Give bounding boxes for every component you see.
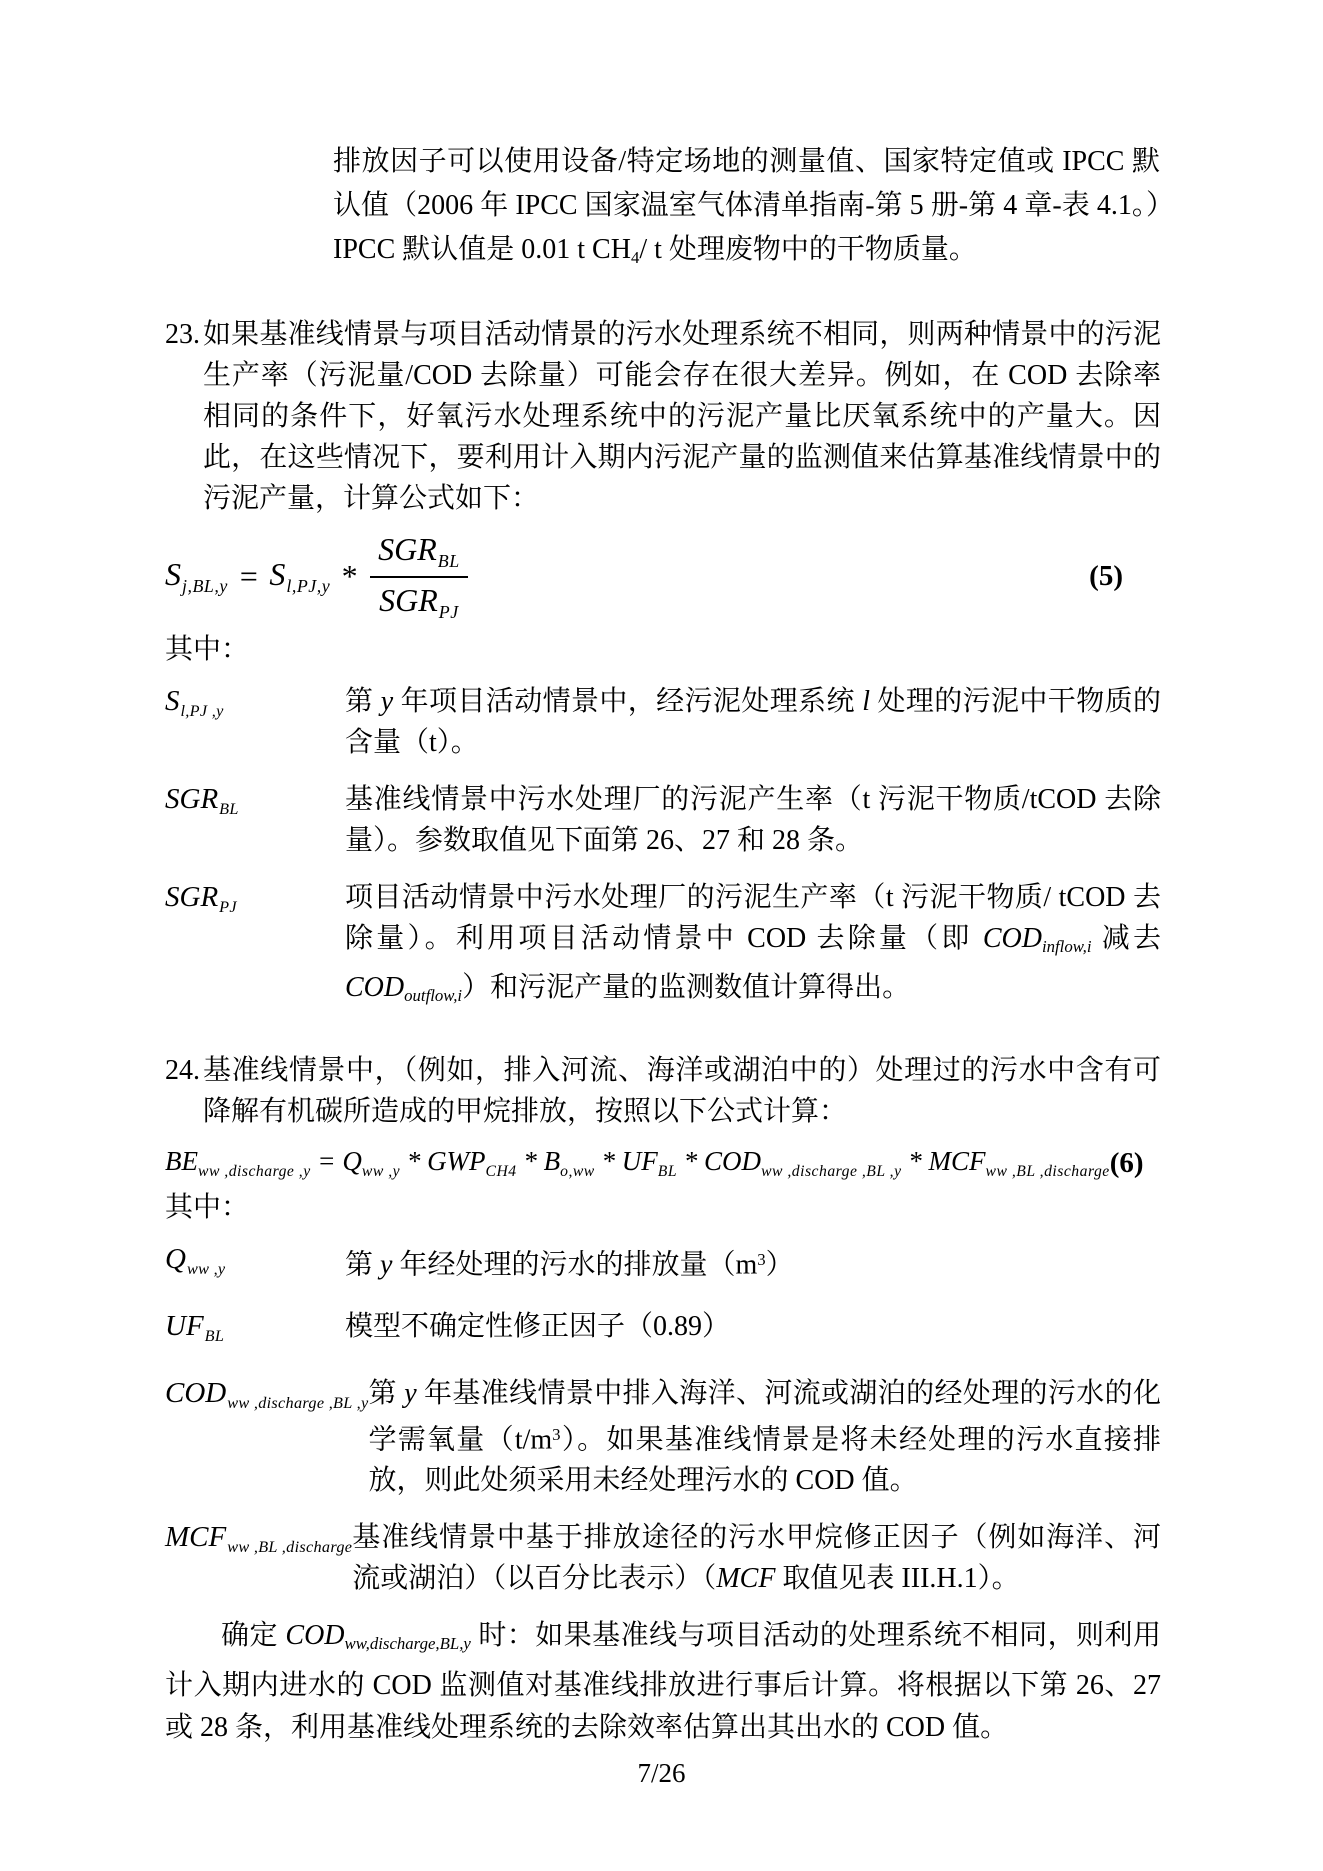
where-label-2: 其中：	[165, 1193, 1161, 1223]
definition-row-cod-discharge: CODww ,discharge ,BL ,y 第 y 年基准线情景中排入海洋、…	[165, 1373, 1161, 1501]
denominator-subscript: PJ	[439, 602, 459, 622]
term-subscript: l,PJ ,y	[181, 702, 224, 720]
definition-text: 项目活动情景中污水处理厂的污泥生产率（t 污泥干物质/ tCOD 去除量）。利用…	[345, 877, 1161, 1016]
definition-row-mcf-discharge: MCFww ,BL ,discharge 基准线情景中基于排放途径的污水甲烷修正…	[165, 1517, 1161, 1599]
formula-5-lhs-base: S	[165, 556, 181, 592]
definition-term: MCFww ,BL ,discharge	[165, 1517, 352, 1599]
numerator-subscript: BL	[438, 551, 460, 571]
definition-term: SGRPJ	[165, 877, 345, 1016]
fraction-numerator: SGRBL	[370, 531, 468, 578]
formula-5-lhs-subscript: j,BL,y	[182, 576, 228, 596]
term-base: MCF	[165, 1521, 226, 1553]
intro-paragraph: 排放因子可以使用设备/特定场地的测量值、国家特定值或 IPCC 默认值（2006…	[333, 140, 1160, 280]
definition-term: CODww ,discharge ,BL ,y	[165, 1373, 369, 1501]
formula-6: BEww ,discharge ,y = Qww ,y * GWPCH4 * B…	[165, 1146, 1161, 1181]
term-base: Q	[165, 1243, 186, 1275]
where-label-1: 其中：	[165, 635, 1161, 665]
definition-row-uf-bl: UFBL 模型不确定性修正因子（0.89）	[165, 1306, 1161, 1357]
definition-row-sgr-pj: SGRPJ 项目活动情景中污水处理厂的污泥生产率（t 污泥干物质/ tCOD 去…	[165, 877, 1161, 1016]
denominator-base: SGR	[379, 582, 438, 618]
definition-text: 基准线情景中基于排放途径的污水甲烷修正因子（例如海洋、河流或湖泊）（以百分比表示…	[352, 1517, 1161, 1599]
formula-5-rhs-subscript: l,PJ,y	[286, 576, 330, 596]
term-base: SGR	[165, 783, 218, 815]
closing-paragraph: 确定 CODww,discharge,BL,y 时：如果基准线与项目活动的处理系…	[165, 1615, 1161, 1749]
term-base: S	[165, 685, 180, 717]
formula-5-rhs: Sl,PJ,y	[269, 556, 330, 597]
formula-5-equation-number: (5)	[1089, 560, 1123, 593]
page-content: 排放因子可以使用设备/特定场地的测量值、国家特定值或 IPCC 默认值（2006…	[165, 140, 1161, 1749]
definition-text: 第 y 年基准线情景中排入海洋、河流或湖泊的经处理的污水的化学需氧量（t/m3）…	[369, 1373, 1161, 1501]
term-base: UF	[165, 1310, 204, 1342]
definition-text: 模型不确定性修正因子（0.89）	[345, 1306, 1161, 1357]
term-subscript: BL	[219, 800, 239, 818]
term-subscript: BL	[205, 1327, 225, 1345]
definition-term: UFBL	[165, 1306, 345, 1357]
term-base: COD	[165, 1377, 226, 1409]
multiply-sign: *	[340, 558, 356, 595]
document-page: 排放因子可以使用设备/特定场地的测量值、国家特定值或 IPCC 默认值（2006…	[0, 0, 1323, 1871]
definition-row-q-wwy: Qww ,y 第 y 年经处理的污水的排放量（m3）	[165, 1239, 1161, 1290]
formula-5: Sj,BL,y = Sl,PJ,y * SGRBL SGRPJ (5)	[165, 531, 1161, 623]
item-23-number: 23.	[165, 314, 203, 519]
definition-term: Sl,PJ ,y	[165, 681, 345, 763]
definition-row-sgr-bl: SGRBL 基准线情景中污水处理厂的污泥产生率（t 污泥干物质/tCOD 去除量…	[165, 779, 1161, 861]
formula-6-expression: BEww ,discharge ,y = Qww ,y * GWPCH4 * B…	[165, 1146, 1110, 1181]
term-subscript: ww ,discharge ,BL ,y	[227, 1394, 368, 1412]
formula-6-equation-number: (6)	[1110, 1147, 1144, 1180]
term-subscript: PJ	[219, 898, 237, 916]
item-24-number: 24.	[165, 1050, 203, 1132]
item-24-text: 基准线情景中，（例如，排入河流、海洋或湖泊中的）处理过的污水中含有可降解有机碳所…	[203, 1050, 1161, 1132]
term-base: SGR	[165, 881, 218, 913]
term-subscript: ww ,y	[187, 1260, 225, 1278]
definition-row-s-lpjy: Sl,PJ ,y 第 y 年项目活动情景中，经污泥处理系统 l 处理的污泥中干物…	[165, 681, 1161, 763]
definition-text: 第 y 年项目活动情景中，经污泥处理系统 l 处理的污泥中干物质的含量（t）。	[345, 681, 1161, 763]
definition-text: 基准线情景中污水处理厂的污泥产生率（t 污泥干物质/tCOD 去除量）。参数取值…	[345, 779, 1161, 861]
definition-term: SGRBL	[165, 779, 345, 861]
definition-text: 第 y 年经处理的污水的排放量（m3）	[345, 1239, 1161, 1290]
page-number: 7/26	[0, 1758, 1323, 1789]
item-23-text: 如果基准线情景与项目活动情景的污水处理系统不相同，则两种情景中的污泥生产率（污泥…	[203, 314, 1161, 519]
formula-5-rhs-base: S	[269, 556, 285, 592]
term-subscript: ww ,BL ,discharge	[227, 1538, 352, 1556]
numbered-item-24: 24. 基准线情景中，（例如，排入河流、海洋或湖泊中的）处理过的污水中含有可降解…	[165, 1050, 1161, 1132]
equals-sign: =	[238, 558, 260, 595]
fraction-denominator: SGRPJ	[379, 578, 459, 623]
formula-5-lhs: Sj,BL,y	[165, 556, 228, 597]
numbered-item-23: 23. 如果基准线情景与项目活动情景的污水处理系统不相同，则两种情景中的污泥生产…	[165, 314, 1161, 519]
definition-term: Qww ,y	[165, 1239, 345, 1290]
numerator-base: SGR	[378, 531, 437, 567]
formula-5-fraction: SGRBL SGRPJ	[370, 531, 468, 623]
